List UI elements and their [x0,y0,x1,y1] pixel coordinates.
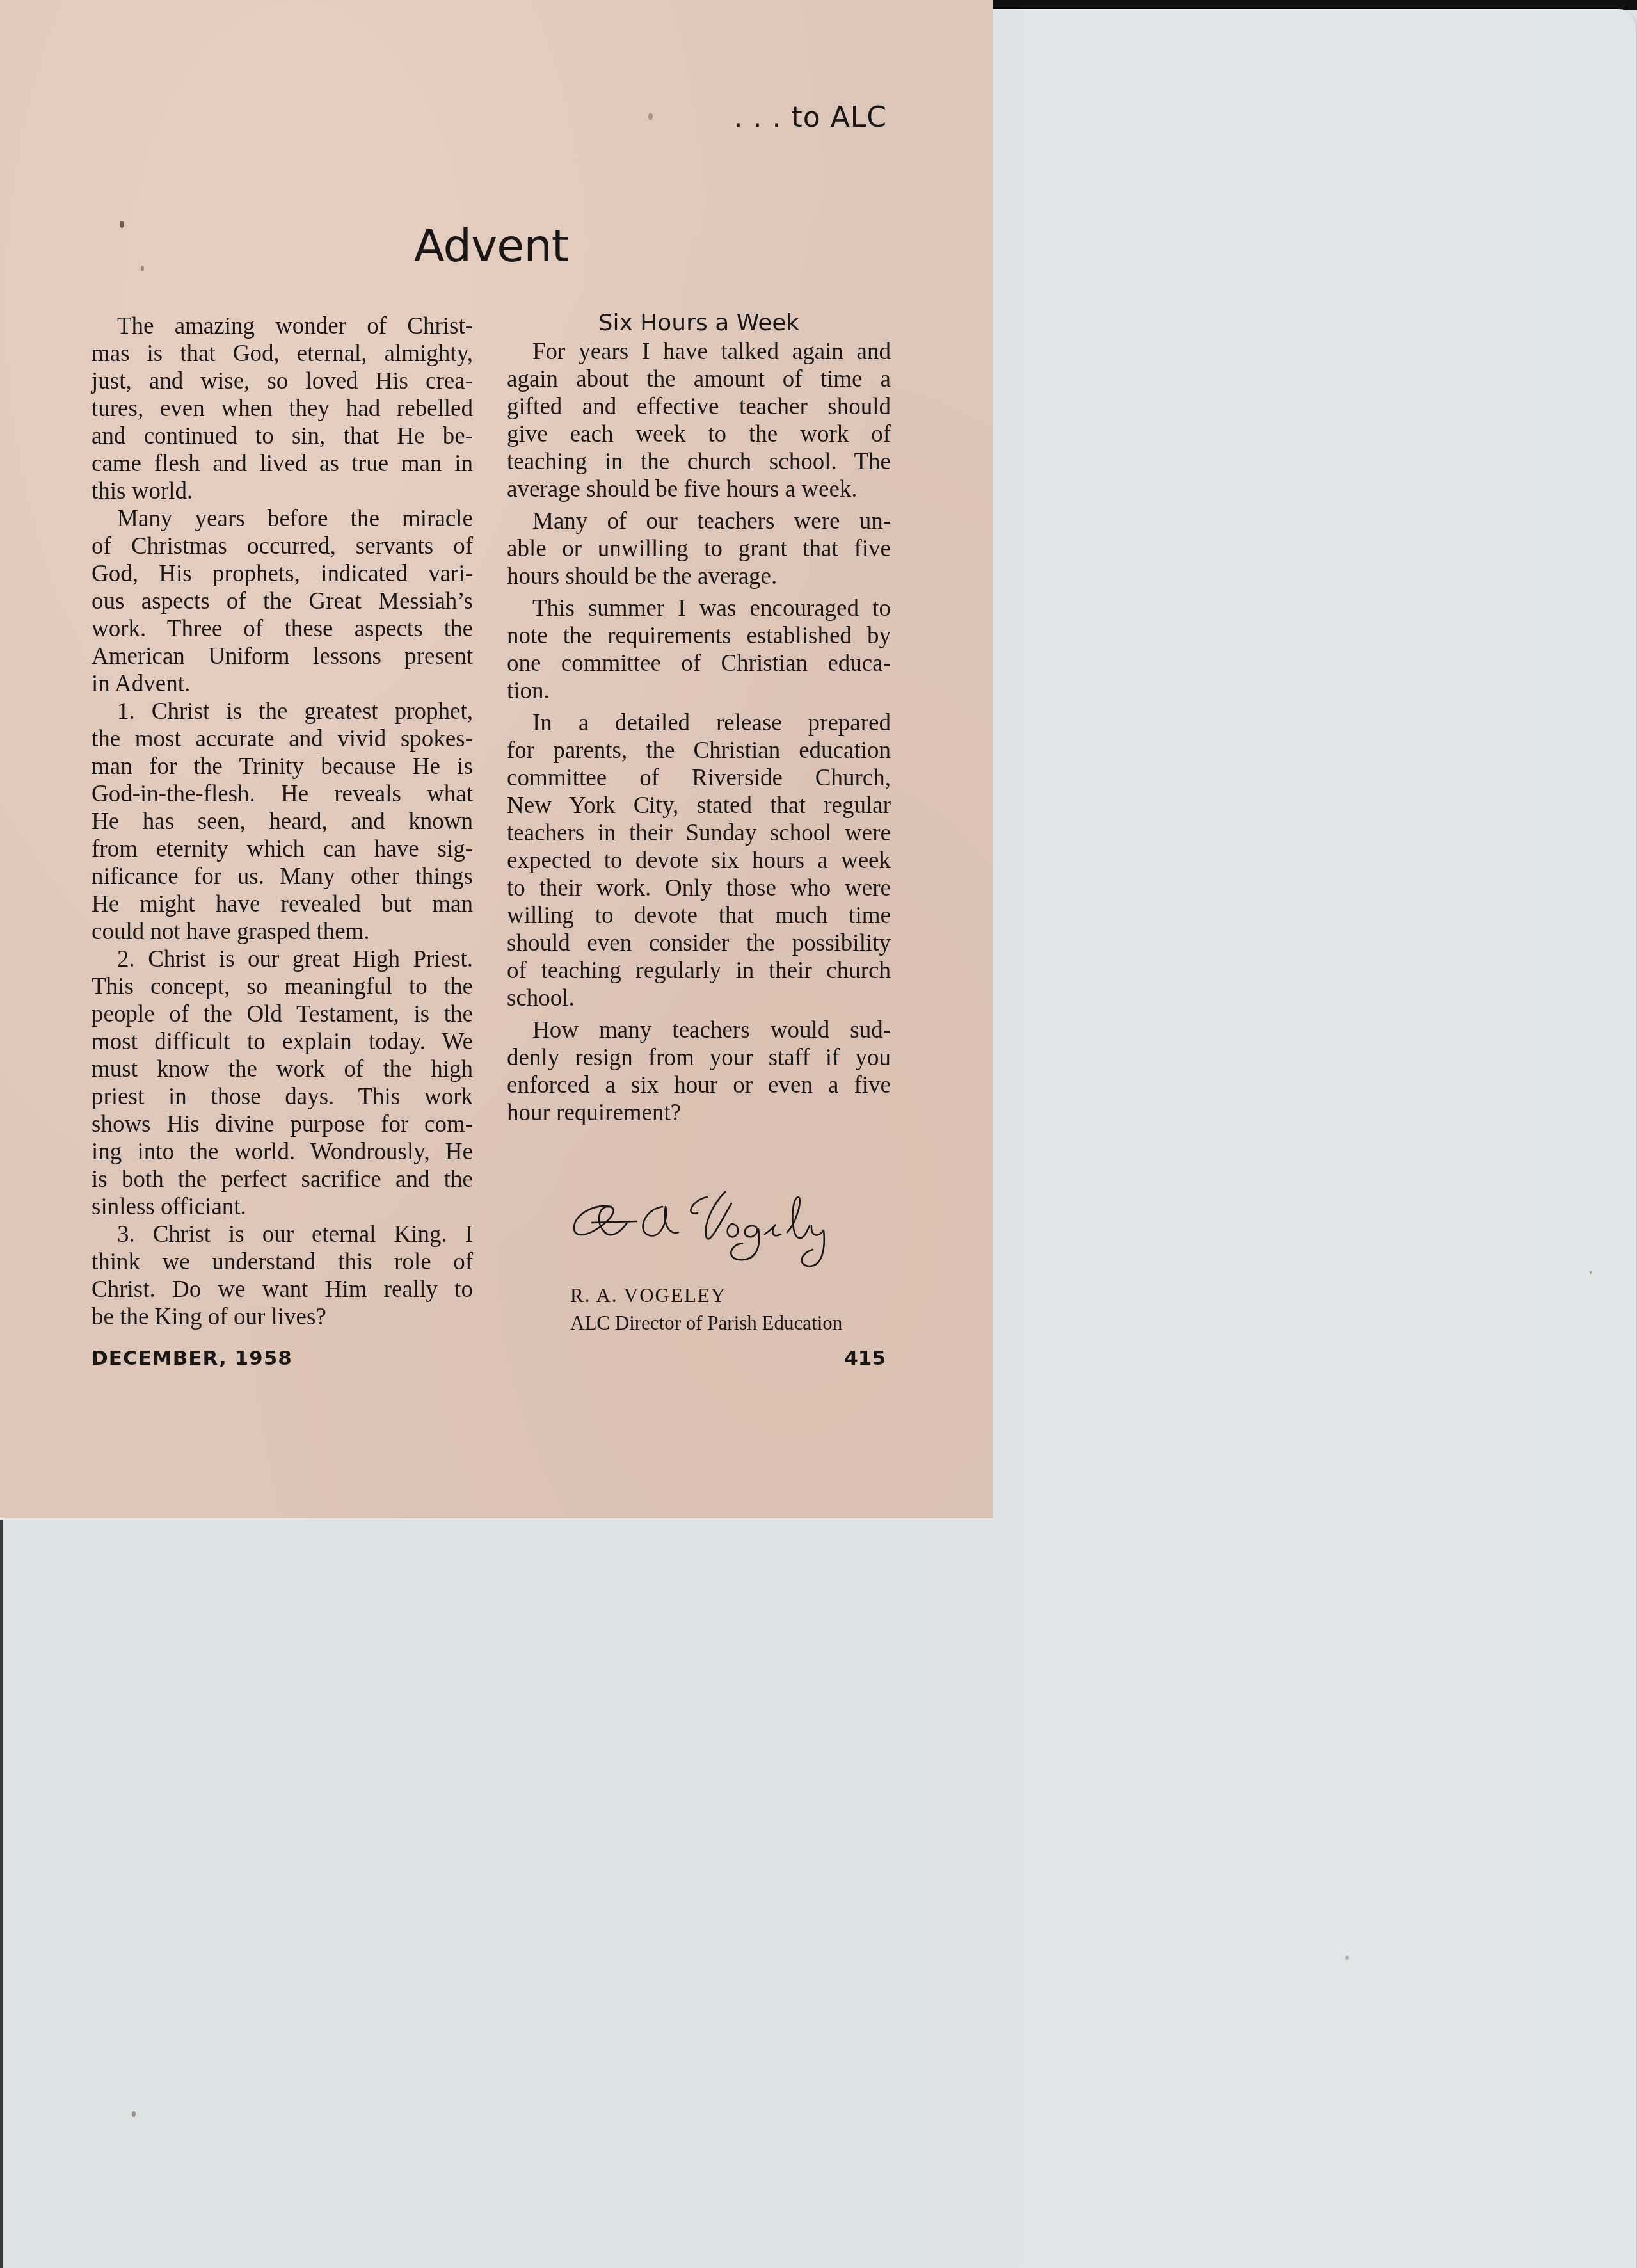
text-line: gifted and effective teacher should [507,393,891,421]
scanner-edge-shadow [0,1518,3,2268]
text-line: tion. [507,677,891,705]
text-line: could not have grasped them. [92,918,473,945]
text-line: God, His prophets, indicated vari- [92,560,473,588]
text-line: the most accurate and vivid spokes- [92,725,473,753]
text-line: This concept, so meaningful to the [92,973,473,1001]
text-line: How many teachers would sud- [507,1017,891,1044]
text-line: in Advent. [92,670,473,698]
text-line: New York City, stated that regular [507,792,891,819]
text-line: 2. Christ is our great High Priest. [92,945,473,973]
text-line: should even consider the possibility [507,929,891,957]
text-line: work. Three of these aspects the [92,615,473,643]
text-line: one committee of Christian educa- [507,650,891,677]
paragraph: 3. Christ is our eternal King. Ithink we… [92,1221,473,1331]
text-line: God-in-the-flesh. He reveals what [92,780,473,808]
text-line: think we understand this role of [92,1248,473,1276]
paper-speck [648,113,653,120]
background-speck [132,2111,136,2117]
text-line: tures, even when they had rebelled [92,395,473,422]
handwritten-signature [566,1178,861,1274]
running-head: . . . to ALC [734,101,887,134]
article-title: Advent [0,220,982,272]
text-line: came flesh and lived as true man in [92,450,473,478]
text-line: teachers in their Sunday school were [507,819,891,847]
paragraph: In a detailed release preparedfor parent… [507,709,891,1012]
text-line: ous aspects of the Great Messiah’s [92,588,473,615]
paragraph: 1. Christ is the greatest prophet,the mo… [92,698,473,945]
text-line: He has seen, heard, and known [92,808,473,835]
text-line: committee of Riverside Church, [507,764,891,792]
right-column: For years I have talked again andagain a… [507,338,891,1127]
paragraph: Many of our teachers were un-able or unw… [507,508,891,590]
paragraph: The amazing wonder of Christ-mas is that… [92,312,473,505]
paragraph-gap [507,1012,891,1017]
text-line: 1. Christ is the greatest prophet, [92,698,473,725]
text-line: Many of our teachers were un- [507,508,891,535]
text-line: expected to devote six hours a week [507,847,891,874]
text-line: give each week to the work of [507,421,891,448]
paragraph: This summer I was encouraged tonote the … [507,595,891,705]
text-line: 3. Christ is our eternal King. I [92,1221,473,1248]
text-line: priest in those days. This work [92,1083,473,1111]
text-line: from eternity which can have sig- [92,835,473,863]
text-line: Christ. Do we want Him really to [92,1276,473,1303]
text-line: teaching in the church school. The [507,448,891,476]
text-line: and continued to sin, that He be- [92,422,473,450]
text-line: He might have revealed but man [92,890,473,918]
text-line: must know the work of the high [92,1056,473,1083]
paper-speck [120,221,124,228]
text-line: mas is that God, eternal, almighty, [92,340,473,367]
background-speck [1345,1956,1349,1960]
text-line: enforced a six hour or even a five [507,1072,891,1099]
text-line: most difficult to explain today. We [92,1028,473,1056]
text-line: hours should be the average. [507,563,891,590]
paragraph-gap [507,705,891,709]
text-line: school. [507,985,891,1012]
magazine-page: . . . to ALC Advent The amazing wonder o… [0,0,993,1520]
text-line: Many years before the miracle [92,505,473,533]
author-title: ALC Director of Parish Education [570,1312,842,1335]
text-line: willing to devote that much time [507,902,891,929]
text-line: In a detailed release prepared [507,709,891,737]
text-line: man for the Trinity because He is [92,753,473,780]
text-line: The amazing wonder of Christ- [92,312,473,340]
text-line: This summer I was encouraged to [507,595,891,622]
text-line: be the King of our lives? [92,1303,473,1331]
left-column: The amazing wonder of Christ-mas is that… [92,312,473,1331]
text-line: hour requirement? [507,1099,891,1127]
author-name: R. A. VOGELEY [570,1284,726,1307]
background-speck [1590,1271,1592,1274]
page-number: 415 [844,1347,886,1370]
text-line: again about the amount of time a [507,366,891,393]
text-line: to their work. Only those who were [507,874,891,902]
text-line: denly resign from your staff if you [507,1044,891,1072]
issue-date: DECEMBER, 1958 [92,1347,292,1370]
text-line: is both the perfect sacrifice and the [92,1166,473,1193]
paragraph-gap [507,590,891,595]
text-line: just, and wise, so loved His crea- [92,367,473,395]
text-line: nificance for us. Many other things [92,863,473,890]
section-heading: Six Hours a Week [507,310,891,336]
text-line: of Christmas occurred, servants of [92,533,473,560]
text-line: For years I have talked again and [507,338,891,366]
text-line: of teaching regularly in their church [507,957,891,985]
text-line: for parents, the Christian education [507,737,891,764]
paragraph-gap [507,503,891,508]
paragraph: How many teachers would sud-denly resign… [507,1017,891,1127]
text-line: American Uniform lessons present [92,643,473,670]
text-line: shows His divine purpose for com- [92,1111,473,1138]
text-line: average should be five hours a week. [507,476,891,503]
paragraph: 2. Christ is our great High Priest.This … [92,945,473,1221]
background-sheet [928,9,1637,2268]
text-line: this world. [92,478,473,505]
text-line: sinless officiant. [92,1193,473,1221]
text-line: people of the Old Testament, is the [92,1001,473,1028]
text-line: note the requirements established by [507,622,891,650]
paragraph: For years I have talked again andagain a… [507,338,891,503]
paragraph: Many years before the miracleof Christma… [92,505,473,698]
text-line: able or unwilling to grant that five [507,535,891,563]
text-line: ing into the world. Wondrously, He [92,1138,473,1166]
paper-speck [141,266,144,271]
